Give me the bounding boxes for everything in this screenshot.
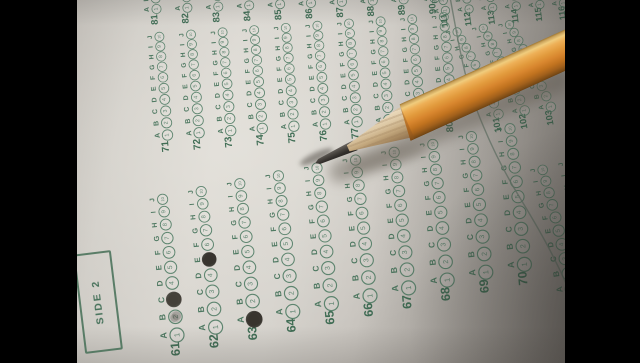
svg-text:E: E (386, 218, 395, 224)
svg-text:E: E (372, 70, 379, 76)
svg-text:E: E (182, 83, 189, 89)
svg-text:H: H (267, 199, 274, 205)
svg-text:A: A (528, 2, 536, 8)
svg-text:64: 64 (284, 318, 299, 333)
svg-text:73: 73 (223, 136, 235, 148)
svg-text:A: A (267, 2, 274, 7)
svg-text:B: B (427, 259, 438, 266)
svg-text:10: 10 (157, 35, 161, 39)
svg-text:E: E (150, 86, 157, 92)
svg-text:3: 3 (518, 226, 525, 231)
svg-text:G: G (306, 204, 315, 211)
svg-text:2: 2 (321, 110, 327, 114)
svg-text:F: F (181, 73, 188, 78)
svg-text:B: B (312, 282, 323, 289)
svg-text:C: C (156, 297, 166, 304)
svg-text:J: J (530, 168, 538, 173)
svg-text:G: G (268, 212, 277, 219)
svg-text:10: 10 (347, 21, 351, 25)
svg-text:D: D (194, 272, 203, 279)
svg-text:2: 2 (441, 259, 450, 264)
svg-text:H: H (229, 207, 236, 213)
svg-text:I: I (228, 195, 235, 198)
svg-text:3: 3 (402, 250, 409, 255)
svg-text:3: 3 (363, 258, 370, 263)
svg-text:I: I (421, 156, 428, 159)
svg-text:I: I (533, 180, 540, 183)
svg-text:D: D (426, 225, 435, 232)
svg-text:B: B (507, 97, 515, 103)
svg-text:A: A (391, 0, 398, 3)
svg-text:J: J (188, 190, 195, 195)
svg-text:3: 3 (209, 289, 216, 294)
svg-text:3: 3 (440, 242, 447, 247)
svg-text:5: 5 (350, 73, 356, 77)
svg-text:A: A (313, 300, 324, 308)
svg-text:G: G (275, 56, 282, 62)
svg-text:1: 1 (164, 133, 170, 137)
svg-text:H: H (275, 45, 282, 51)
svg-text:C: C (503, 226, 513, 233)
svg-text:3: 3 (289, 100, 295, 104)
svg-text:D: D (310, 249, 319, 256)
svg-text:I: I (400, 28, 407, 31)
letterbox-bar-left (0, 0, 77, 363)
svg-text:H: H (433, 34, 440, 40)
svg-text:H: H (535, 190, 543, 196)
svg-text:J: J (400, 17, 407, 22)
svg-text:3: 3 (286, 274, 293, 279)
svg-text:5: 5 (161, 86, 167, 90)
svg-text:115: 115 (533, 7, 545, 22)
svg-text:5: 5 (192, 84, 198, 88)
svg-text:5: 5 (382, 71, 388, 75)
svg-text:63: 63 (245, 326, 260, 341)
svg-text:A: A (506, 261, 517, 269)
svg-text:81: 81 (149, 13, 161, 25)
svg-text:D: D (503, 209, 512, 216)
svg-text:1: 1 (308, 1, 314, 4)
svg-text:9: 9 (508, 139, 514, 143)
svg-text:E: E (154, 265, 163, 271)
svg-text:H: H (306, 43, 313, 49)
svg-text:F: F (540, 214, 550, 220)
svg-text:I: I (148, 46, 155, 49)
svg-text:102: 102 (517, 113, 530, 130)
svg-text:J: J (273, 26, 280, 31)
svg-text:A: A (144, 7, 151, 12)
svg-text:1: 1 (277, 2, 283, 5)
svg-text:F: F (150, 75, 157, 80)
svg-text:J: J (558, 162, 566, 167)
svg-text:A: A (351, 292, 362, 300)
svg-text:A: A (457, 6, 465, 12)
svg-text:3: 3 (479, 234, 486, 239)
svg-text:B: B (152, 120, 160, 126)
svg-text:C: C (152, 109, 159, 115)
letterbox-bar-right (565, 0, 640, 363)
svg-text:62: 62 (207, 334, 222, 349)
svg-text:F: F (434, 56, 441, 61)
svg-text:10: 10 (378, 19, 382, 23)
svg-text:J: J (147, 35, 154, 40)
svg-text:3: 3 (384, 94, 390, 98)
svg-text:B: B (247, 114, 255, 120)
svg-text:G: G (229, 219, 238, 226)
svg-text:A: A (298, 1, 305, 6)
svg-text:4: 4 (351, 84, 357, 88)
svg-text:1: 1 (339, 0, 345, 3)
svg-text:2: 2 (290, 112, 296, 116)
svg-text:G: G (152, 235, 161, 242)
svg-text:J: J (210, 30, 217, 35)
svg-text:2: 2 (163, 121, 169, 125)
svg-text:1: 1 (481, 270, 490, 275)
svg-text:1: 1 (259, 127, 265, 131)
svg-text:9: 9 (354, 171, 360, 175)
svg-text:5: 5 (256, 80, 262, 84)
svg-text:67: 67 (400, 294, 415, 309)
svg-text:C: C (272, 273, 282, 280)
svg-text:E: E (502, 194, 511, 200)
svg-text:5: 5 (445, 67, 451, 71)
svg-text:88: 88 (365, 5, 377, 16)
svg-text:H: H (211, 50, 218, 56)
svg-text:3: 3 (226, 105, 232, 109)
svg-text:A: A (236, 3, 243, 8)
svg-text:71: 71 (160, 140, 172, 152)
svg-text:G: G (307, 53, 314, 59)
svg-text:69: 69 (477, 279, 492, 294)
svg-text:87: 87 (335, 7, 347, 18)
svg-text:E: E (308, 75, 315, 81)
svg-text:3: 3 (194, 107, 200, 111)
svg-text:101: 101 (491, 117, 504, 134)
svg-text:3: 3 (321, 98, 327, 102)
svg-text:F: F (462, 187, 471, 193)
svg-text:H: H (306, 191, 313, 197)
svg-text:J: J (265, 174, 272, 179)
svg-text:C: C (342, 95, 349, 101)
svg-text:D: D (404, 80, 411, 86)
svg-text:H: H (481, 42, 488, 47)
svg-text:2: 2 (364, 275, 373, 280)
svg-text:H: H (180, 52, 187, 58)
svg-text:10: 10 (481, 26, 486, 31)
svg-text:G: G (370, 49, 377, 55)
svg-text:A: A (422, 0, 429, 1)
svg-text:B: B (143, 0, 150, 2)
svg-text:9: 9 (393, 163, 399, 167)
svg-text:113: 113 (485, 10, 497, 25)
svg-text:C: C (184, 106, 191, 112)
svg-text:E: E (347, 226, 356, 232)
svg-text:1: 1 (322, 122, 328, 126)
svg-text:J: J (226, 182, 233, 187)
svg-text:D: D (309, 86, 316, 92)
svg-text:C: C (310, 98, 317, 104)
svg-text:5: 5 (287, 78, 293, 82)
photo-of-answer-sheet: 61A1B2C3D4E5F6G7H8I9J1062A1B2C3D4E5F6G7H… (0, 0, 640, 363)
svg-text:A: A (152, 133, 161, 139)
svg-text:1: 1 (172, 333, 181, 338)
svg-text:112: 112 (462, 11, 474, 26)
svg-text:A: A (554, 286, 565, 294)
svg-text:114: 114 (509, 8, 521, 23)
svg-text:G: G (485, 50, 492, 56)
svg-text:D: D (155, 280, 164, 287)
svg-text:D: D (246, 91, 253, 97)
svg-text:F: F (230, 234, 239, 240)
svg-text:G: G (190, 227, 199, 234)
svg-text:66: 66 (361, 302, 376, 317)
svg-text:G: G (149, 64, 156, 70)
svg-text:B: B (431, 0, 439, 4)
svg-text:H: H (507, 38, 514, 43)
svg-text:1: 1 (184, 6, 190, 9)
svg-text:A: A (235, 316, 246, 324)
svg-text:2: 2 (287, 291, 296, 296)
svg-text:C: C (349, 257, 359, 264)
svg-text:I: I (432, 26, 439, 29)
svg-text:G: G (538, 202, 546, 208)
svg-text:A: A (390, 284, 401, 292)
svg-text:J: J (242, 28, 249, 33)
svg-text:H: H (190, 214, 197, 220)
svg-text:F: F (371, 60, 378, 65)
svg-text:I: I (242, 39, 249, 42)
svg-text:J: J (419, 142, 426, 147)
svg-text:I: I (459, 148, 466, 151)
svg-text:H: H (152, 222, 159, 228)
svg-text:1: 1 (246, 4, 252, 7)
svg-text:H: H (401, 36, 408, 42)
svg-text:9: 9 (315, 178, 321, 182)
svg-text:10: 10 (540, 167, 546, 172)
svg-text:G: G (383, 188, 392, 195)
svg-text:H: H (338, 41, 345, 47)
svg-text:70: 70 (515, 271, 530, 286)
svg-text:2: 2 (195, 119, 201, 123)
svg-text:1: 1 (228, 129, 234, 133)
svg-text:1: 1 (365, 293, 374, 298)
svg-text:A: A (360, 0, 367, 4)
svg-text:3: 3 (247, 281, 254, 286)
svg-text:F: F (346, 211, 355, 217)
svg-text:J: J (498, 23, 504, 27)
svg-text:2: 2 (480, 252, 489, 257)
svg-text:C: C (278, 100, 285, 106)
svg-text:I: I (503, 31, 509, 34)
svg-text:F: F (423, 195, 432, 201)
svg-text:3: 3 (352, 96, 358, 100)
svg-text:G: G (402, 47, 409, 53)
svg-text:75: 75 (286, 131, 298, 143)
svg-text:1: 1 (196, 131, 202, 135)
svg-text:9: 9 (200, 202, 206, 206)
side-2-label: SIDE 2 (89, 279, 106, 325)
svg-text:H: H (499, 152, 506, 158)
svg-text:F: F (269, 226, 278, 232)
svg-text:A: A (329, 0, 336, 5)
svg-text:D: D (341, 84, 348, 90)
svg-text:4: 4 (288, 89, 294, 93)
svg-text:I: I (266, 187, 273, 190)
svg-text:B: B (310, 109, 318, 115)
svg-text:F: F (403, 58, 410, 63)
svg-text:D: D (233, 264, 242, 271)
svg-text:2: 2 (518, 244, 527, 249)
svg-text:2: 2 (440, 0, 446, 2)
svg-text:I: I (477, 35, 483, 38)
svg-text:1: 1 (404, 285, 413, 290)
svg-text:1: 1 (211, 325, 220, 330)
svg-text:68: 68 (438, 286, 453, 301)
svg-text:A: A (485, 111, 493, 117)
svg-text:B: B (184, 118, 192, 124)
svg-text:1: 1 (291, 124, 297, 128)
svg-text:84: 84 (242, 10, 254, 22)
svg-text:10: 10 (220, 30, 224, 34)
svg-text:I: I (150, 211, 157, 214)
svg-text:G: G (339, 51, 346, 57)
svg-text:D: D (183, 95, 190, 101)
svg-text:A: A (197, 323, 208, 331)
svg-text:2: 2 (353, 108, 359, 112)
svg-text:I: I (306, 35, 313, 38)
svg-text:A: A (247, 126, 256, 132)
svg-text:A: A (467, 269, 478, 277)
svg-text:D: D (151, 97, 158, 103)
svg-text:A: A (274, 308, 285, 316)
svg-text:B: B (279, 112, 287, 118)
svg-text:E: E (214, 81, 221, 87)
svg-text:A: A (342, 119, 351, 125)
svg-text:3: 3 (257, 103, 263, 107)
svg-text:4: 4 (383, 82, 389, 86)
svg-text:B: B (373, 105, 381, 111)
svg-text:E: E (403, 68, 410, 74)
svg-text:I: I (211, 41, 218, 44)
svg-text:1: 1 (401, 0, 407, 1)
svg-text:I: I (305, 179, 312, 182)
svg-text:I: I (450, 38, 456, 41)
svg-text:10: 10 (410, 17, 414, 21)
svg-text:9: 9 (161, 210, 167, 214)
svg-text:E: E (231, 249, 240, 255)
svg-text:10: 10 (284, 26, 288, 30)
svg-text:E: E (309, 233, 318, 239)
svg-text:B: B (505, 243, 516, 250)
svg-text:B: B (478, 0, 486, 1)
svg-text:A: A (480, 5, 488, 11)
svg-text:B: B (389, 267, 400, 274)
svg-text:C: C (310, 265, 320, 272)
svg-text:1: 1 (215, 5, 221, 8)
svg-text:H: H (345, 183, 352, 189)
svg-text:5: 5 (319, 75, 325, 79)
svg-text:85: 85 (273, 8, 285, 20)
svg-text:A: A (158, 331, 169, 339)
svg-text:D: D (387, 233, 396, 240)
svg-text:D: D (214, 93, 221, 99)
svg-text:F: F (500, 179, 509, 185)
svg-text:82: 82 (180, 13, 192, 24)
svg-text:B: B (196, 306, 207, 313)
svg-text:F: F (307, 218, 316, 224)
svg-text:A: A (175, 6, 182, 11)
svg-text:E: E (270, 241, 279, 247)
svg-text:J: J (381, 150, 388, 155)
svg-text:86: 86 (304, 8, 316, 19)
svg-text:103: 103 (543, 109, 556, 126)
svg-text:G: G (433, 45, 440, 51)
svg-text:5: 5 (414, 69, 420, 73)
svg-text:B: B (342, 107, 350, 113)
svg-text:3: 3 (325, 266, 332, 271)
svg-text:C: C (247, 102, 254, 108)
svg-text:F: F (153, 250, 162, 256)
svg-text:1: 1 (153, 7, 159, 10)
svg-text:C: C (215, 104, 222, 110)
svg-text:4: 4 (320, 87, 326, 91)
svg-text:B: B (466, 251, 477, 258)
svg-text:9: 9 (431, 155, 437, 159)
svg-text:J: J (149, 197, 156, 202)
svg-text:G: G (212, 60, 219, 66)
svg-text:J: J (342, 158, 349, 163)
svg-text:10: 10 (252, 28, 256, 32)
svg-text:D: D (348, 241, 357, 248)
svg-text:4: 4 (414, 80, 420, 84)
svg-text:A: A (184, 130, 193, 136)
svg-text:D: D (372, 82, 379, 88)
svg-text:E: E (435, 66, 442, 72)
svg-text:H: H (243, 47, 250, 53)
svg-text:F: F (245, 69, 252, 74)
svg-text:F: F (213, 71, 220, 76)
svg-text:74: 74 (255, 133, 267, 145)
svg-text:G: G (345, 196, 354, 203)
svg-text:F: F (339, 62, 346, 67)
svg-text:3: 3 (415, 92, 421, 96)
svg-text:1: 1 (354, 120, 360, 124)
svg-text:F: F (385, 203, 394, 209)
svg-text:F: F (276, 67, 283, 72)
svg-text:4: 4 (193, 95, 199, 99)
svg-text:C: C (465, 234, 475, 241)
svg-text:A: A (206, 4, 213, 9)
svg-text:1: 1 (370, 0, 376, 2)
svg-text:J: J (305, 24, 312, 29)
svg-text:D: D (464, 217, 473, 224)
svg-text:1: 1 (327, 301, 336, 306)
svg-text:9: 9 (470, 147, 476, 151)
svg-text:72: 72 (192, 138, 204, 150)
svg-text:I: I (369, 30, 376, 33)
svg-text:A: A (279, 124, 288, 130)
svg-text:D: D (278, 88, 285, 94)
svg-text:J: J (368, 19, 375, 24)
svg-text:I: I (498, 140, 505, 143)
svg-text:G: G (244, 58, 251, 64)
svg-text:C: C (426, 242, 436, 249)
svg-text:E: E (277, 77, 284, 83)
svg-text:2: 2 (385, 106, 391, 110)
svg-text:I: I (382, 164, 389, 167)
svg-text:I: I (337, 32, 344, 35)
svg-text:J: J (178, 32, 185, 37)
